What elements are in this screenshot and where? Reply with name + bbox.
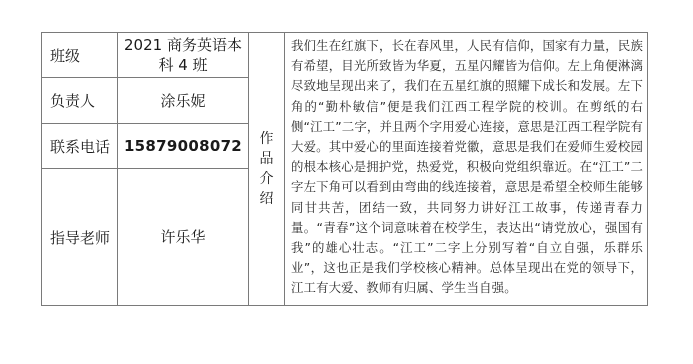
advisor-value: 许乐华 xyxy=(118,169,249,306)
class-label: 班级 xyxy=(42,33,118,78)
section-header-char: 作 xyxy=(249,129,284,149)
table-row-class: 班级 2021 商务英语本科 4 班 作 品 介 绍 我们生在红旗下，长在春风里… xyxy=(42,33,648,78)
leader-label: 负责人 xyxy=(42,78,118,124)
info-table: 班级 2021 商务英语本科 4 班 作 品 介 绍 我们生在红旗下，长在春风里… xyxy=(41,32,648,306)
leader-value: 涂乐妮 xyxy=(118,78,249,124)
section-header-char: 绍 xyxy=(249,189,284,209)
section-header-char: 品 xyxy=(249,149,284,169)
phone-value: 15879008072 xyxy=(118,124,249,169)
phone-label: 联系电话 xyxy=(42,124,118,169)
class-value: 2021 商务英语本科 4 班 xyxy=(118,33,249,78)
advisor-label: 指导老师 xyxy=(42,169,118,306)
work-description: 我们生在红旗下，长在春风里，人民有信仰，国家有力量，民族有希望，目光所致皆为华夏… xyxy=(285,33,648,306)
section-header-char: 介 xyxy=(249,169,284,189)
section-header-work-intro: 作 品 介 绍 xyxy=(249,33,285,306)
